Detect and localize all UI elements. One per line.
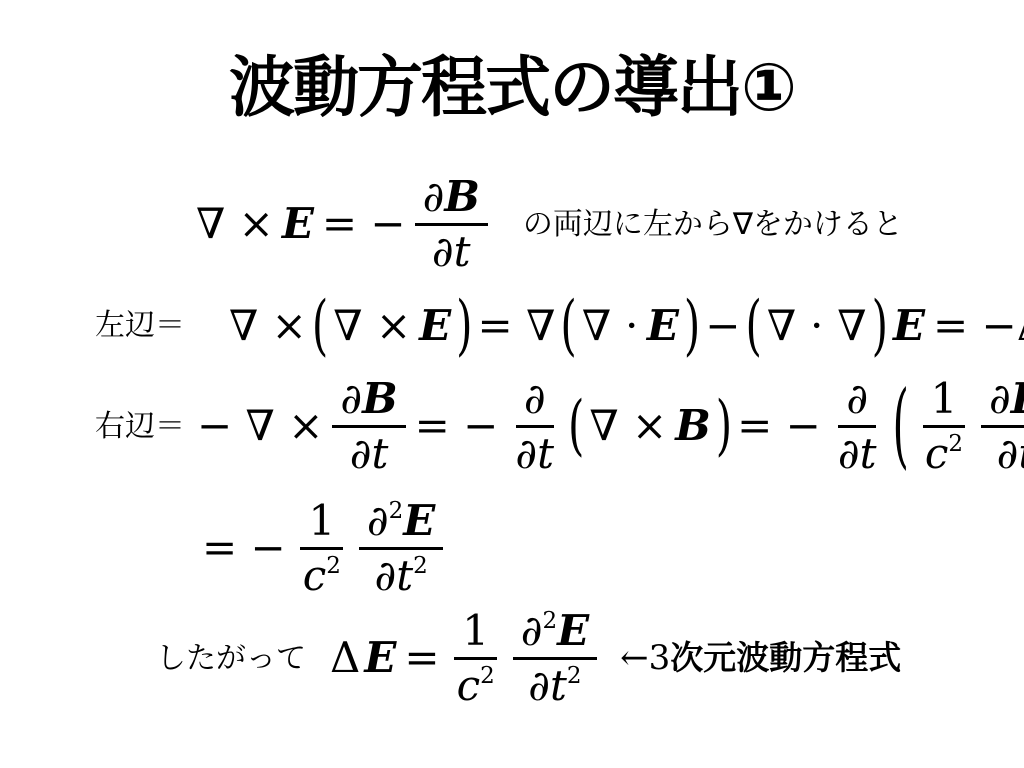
- fraction-1-c2: 1 c 2: [449, 610, 503, 707]
- nabla-cross-symbol: ∇ ×: [333, 304, 411, 348]
- right-paren: ): [872, 292, 888, 360]
- equals-minus-laplacian-symbol: = −Δ: [933, 304, 1024, 348]
- superscript-two: 2: [389, 500, 404, 523]
- variable-t: t: [396, 555, 413, 597]
- left-paren: (: [312, 292, 328, 360]
- fraction-denominator: ∂ t 2: [520, 660, 589, 707]
- partial-symbol: ∂: [350, 433, 372, 475]
- vector-E: E: [403, 500, 435, 542]
- variable-t: t: [371, 433, 388, 475]
- partial-symbol: ∂: [838, 433, 860, 475]
- equals-minus-symbol: = −: [415, 404, 499, 448]
- number-one: 1: [931, 378, 958, 420]
- partial-symbol: ∂: [423, 176, 445, 218]
- big-left-paren: (: [892, 378, 908, 475]
- nabla-dot-nabla-symbol: ∇ ⋅ ∇: [767, 304, 867, 348]
- fraction-numerator: 1: [300, 500, 343, 550]
- vector-E: E: [419, 304, 451, 348]
- fraction-denominator: c 2: [449, 660, 503, 707]
- partial-symbol: ∂: [997, 433, 1019, 475]
- fraction-numerator: 1: [923, 378, 966, 428]
- fraction-d-dt: ∂ ∂ t: [507, 378, 562, 475]
- fraction-denominator: ∂ t: [342, 428, 397, 475]
- fraction-dB-dt: ∂ B ∂ t: [332, 378, 405, 475]
- number-one: 1: [462, 610, 489, 652]
- fraction-denominator: c 2: [295, 550, 349, 597]
- variable-t: t: [860, 433, 877, 475]
- partial-symbol: ∂: [846, 378, 868, 420]
- fraction-dB-dt: ∂ B ∂ t: [415, 176, 488, 273]
- partial-symbol: ∂: [524, 378, 546, 420]
- vector-B: B: [362, 378, 398, 420]
- superscript-two: 2: [567, 665, 582, 688]
- nabla-cross-symbol: ∇ ×: [196, 202, 274, 246]
- superscript-two: 2: [948, 433, 963, 456]
- fraction-denominator: ∂ t: [424, 226, 479, 273]
- fraction-d2E-dt2: ∂ 2 E ∂ t 2: [359, 500, 443, 597]
- left-paren: (: [745, 292, 761, 360]
- partial-symbol: ∂: [515, 433, 537, 475]
- variable-c: c: [303, 555, 327, 597]
- right-paren: ): [684, 292, 700, 360]
- partial-symbol: ∂: [367, 500, 389, 542]
- variable-c: c: [925, 433, 949, 475]
- fraction-numerator: ∂ 2 E: [359, 500, 443, 550]
- partial-symbol: ∂: [521, 610, 543, 652]
- superscript-two: 2: [326, 555, 341, 578]
- equals-nabla-symbol: = ∇: [478, 304, 556, 348]
- fraction-denominator: ∂ t: [507, 428, 562, 475]
- partial-symbol: ∂: [432, 231, 454, 273]
- left-paren: (: [568, 392, 584, 460]
- partial-symbol: ∂: [374, 555, 396, 597]
- partial-symbol: ∂: [340, 378, 362, 420]
- vector-E: E: [364, 636, 396, 680]
- right-paren: ): [456, 292, 472, 360]
- equals-minus-symbol: = −: [202, 526, 286, 570]
- minus-nabla-cross-symbol: − ∇ ×: [197, 404, 323, 448]
- vector-E: E: [557, 610, 589, 652]
- fraction-denominator: ∂ t: [989, 428, 1024, 475]
- variable-t: t: [537, 433, 554, 475]
- fraction-numerator: ∂: [838, 378, 876, 428]
- fraction-1-c2: 1 c 2: [917, 378, 971, 475]
- vector-B: B: [675, 404, 711, 448]
- row-conclusion: したがって Δ E = 1 c 2 ∂ 2 E ∂ t 2 ←3次元波動: [156, 610, 901, 707]
- row-given-equation: ∇ × E = − ∂ B ∂ t の両辺に左から∇をかけると: [192, 176, 903, 273]
- fraction-denominator: c 2: [917, 428, 971, 475]
- equals-minus-symbol: = −: [322, 202, 406, 246]
- label-therefore: したがって: [156, 641, 306, 677]
- fraction-numerator: ∂ B: [332, 378, 405, 428]
- variable-c: c: [457, 665, 481, 707]
- fraction-1-c2: 1 c 2: [295, 500, 349, 597]
- equals-minus-symbol: = −: [737, 404, 821, 448]
- equals-symbol: =: [404, 636, 439, 680]
- nabla-dot-symbol: ∇ ⋅: [582, 304, 639, 348]
- superscript-two: 2: [480, 665, 495, 688]
- right-paren: ): [716, 392, 732, 460]
- fraction-denominator: ∂ t 2: [366, 550, 435, 597]
- fraction-numerator: ∂ B: [415, 176, 488, 226]
- fraction-d2E-dt2: ∂ 2 E ∂ t 2: [513, 610, 597, 707]
- laplacian-symbol: Δ: [330, 636, 360, 680]
- slide-title: 波動方程式の導出①: [0, 50, 1024, 126]
- row-intermediate-step: = − 1 c 2 ∂ 2 E ∂ t 2: [198, 500, 448, 597]
- fraction-numerator: 1: [454, 610, 497, 660]
- superscript-two: 2: [413, 555, 428, 578]
- nabla-cross-symbol: ∇ ×: [229, 304, 307, 348]
- fraction-numerator: ∂ 2 E: [513, 610, 597, 660]
- row-left-hand-side: 左辺＝ ∇ × ( ∇ × E ) = ∇ ( ∇ ⋅ E ) − ( ∇ ⋅ …: [95, 304, 1024, 348]
- vector-B: B: [444, 176, 480, 218]
- variable-t: t: [1018, 433, 1024, 475]
- label-lhs: 左辺＝: [95, 308, 185, 344]
- variable-t: t: [454, 231, 471, 273]
- fraction-numerator: ∂: [516, 378, 554, 428]
- label-rhs: 右辺＝: [95, 409, 185, 445]
- left-arrow-icon: ←3: [620, 638, 670, 678]
- variable-t: t: [550, 665, 567, 707]
- vector-E: E: [647, 304, 679, 348]
- minus-symbol: −: [705, 304, 740, 348]
- vector-E: E: [893, 304, 925, 348]
- fraction-dE-dt: ∂ E ∂ t: [981, 378, 1024, 475]
- note-wave-equation: ←3次元波動方程式: [620, 638, 901, 679]
- caption-apply-nabla: の両辺に左から∇をかけると: [523, 207, 903, 243]
- vector-E: E: [282, 202, 314, 246]
- fraction-denominator: ∂ t: [830, 428, 885, 475]
- note-text: 次元波動方程式: [670, 639, 901, 676]
- slide: 波動方程式の導出① ∇ × E = − ∂ B ∂ t の両辺に左から∇をかける…: [0, 0, 1024, 768]
- fraction-d-dt: ∂ ∂ t: [830, 378, 885, 475]
- vector-E: E: [1011, 378, 1024, 420]
- nabla-cross-symbol: ∇ ×: [589, 404, 667, 448]
- row-right-hand-side: 右辺＝ − ∇ × ∂ B ∂ t = − ∂ ∂ t ( ∇ × B ) =: [95, 378, 1024, 475]
- superscript-two: 2: [542, 610, 557, 633]
- partial-symbol: ∂: [989, 378, 1011, 420]
- partial-symbol: ∂: [528, 665, 550, 707]
- number-one: 1: [308, 500, 335, 542]
- fraction-numerator: ∂ E: [981, 378, 1024, 428]
- left-paren: (: [560, 292, 576, 360]
